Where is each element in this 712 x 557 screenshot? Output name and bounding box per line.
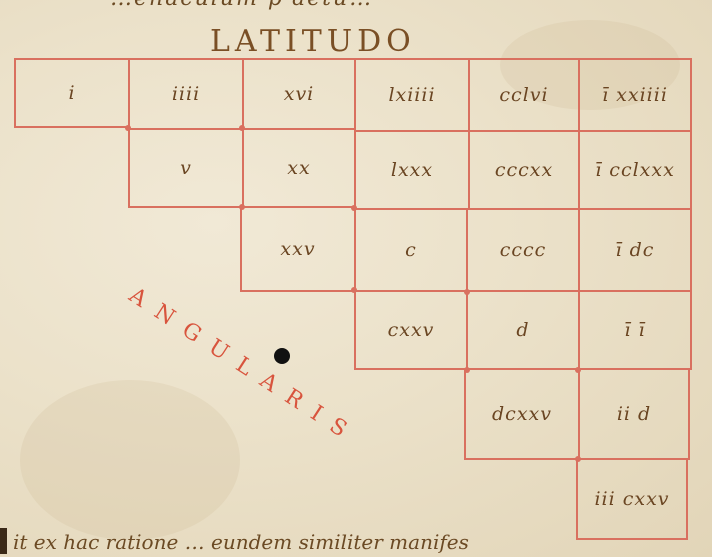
grid-junction	[575, 456, 581, 462]
top-text-fragment: …enaculum p'aetu…	[110, 0, 710, 10]
table-cell: v	[128, 128, 244, 208]
table-cell: i	[14, 58, 130, 128]
grid-junction	[575, 367, 581, 373]
grid-junction	[125, 125, 131, 131]
title-latitudo: LATITUDO	[210, 24, 416, 59]
table-cell: c	[354, 208, 468, 292]
table-cell: iiii	[128, 58, 244, 130]
table-cell: xxv	[240, 206, 356, 292]
table-cell: dcxxv	[464, 368, 580, 460]
table-cell: lxiiii	[354, 58, 470, 132]
bottom-text-line: it ex hac ratione … eundem similiter man…	[0, 528, 470, 557]
table-cell: cccc	[466, 208, 580, 292]
table-cell: ī ī	[578, 290, 692, 370]
table-cell: xvi	[242, 58, 356, 130]
table-cell: ii d	[578, 368, 690, 460]
table-cell: xx	[242, 128, 356, 208]
table-cell: ī dc	[578, 208, 692, 292]
grid-junction	[239, 204, 245, 210]
table-cell: cccxx	[468, 130, 580, 210]
table-cell: lxxx	[354, 130, 470, 210]
bottom-text: it ex hac ratione … eundem similiter man…	[13, 530, 470, 554]
grid-junction	[351, 205, 357, 211]
table-cell: ī cclxxx	[578, 130, 692, 210]
table-cell: d	[466, 290, 580, 370]
table-cell: iii cxxv	[576, 458, 688, 540]
table-cell: cxxv	[354, 290, 468, 370]
grid-junction	[239, 125, 245, 131]
initial-letter	[0, 528, 7, 554]
pointer-dot	[274, 348, 290, 364]
grid-junction	[464, 367, 470, 373]
grid-junction	[351, 287, 357, 293]
table-cell: ī xxiiii	[578, 58, 692, 132]
grid-junction	[464, 289, 470, 295]
table-cell: cclvi	[468, 58, 580, 132]
